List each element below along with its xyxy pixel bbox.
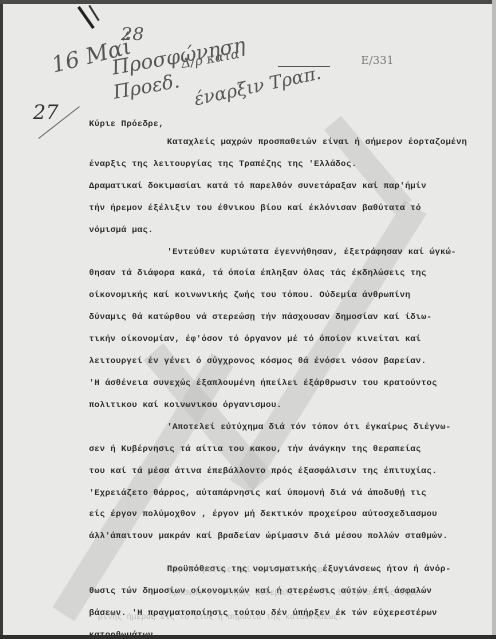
bleed-through-text: Πρόσωπα έπιστήμης συνεβάλε εἰς τήν ίστορ… xyxy=(169,589,423,598)
letter-body: Καταχλείς μαχρών προσπαθειών είναι ή σήμ… xyxy=(89,132,481,636)
text-line: πολιτικου καί κοινωνικου όργανισμου. xyxy=(89,395,481,417)
document-page: 28 16 Μαΐ Προσφώνηση Δ/ρ κατα Προεδ. ένα… xyxy=(3,4,492,636)
margin-number: 27 xyxy=(33,100,58,124)
text-line: άλλ'άπαιτουν μακράν καί βραδείαν ώρίμασι… xyxy=(89,526,481,548)
bleed-through-text: Κύριε Πρόεδρε καί Κατασχόντα κύριοι, xyxy=(169,566,342,575)
text-line: λειτουργεί έν γένει ό σύγχρονος κόσμος θ… xyxy=(89,351,481,373)
handwritten-note-line4: έναρξιν Τραπ. xyxy=(192,63,323,110)
text-line: του καί τά μέσα άτινα έπεβάλλοντο πρός έ… xyxy=(89,461,481,483)
bleed-through-text: ρινής ήμέρας εἰς το έτος ή σημασία της κ… xyxy=(98,613,343,622)
scan-edge-right xyxy=(492,0,496,639)
text-line: 'Εντεύθεν κυριώτατα έγεννήθησαν, έξετράφ… xyxy=(89,242,481,264)
salutation: Κύριε Πρόεδρε, xyxy=(89,119,164,129)
text-line: νόμισμά μας. xyxy=(89,220,481,242)
text-line: τικήν οίκονομίαν, έφ'όσον τό όργανον μέ … xyxy=(89,329,481,351)
reference-number: Ε/331 xyxy=(361,54,394,67)
text-line: είς έργον πολύμοχθον , έργον μή δεκτικόν… xyxy=(89,504,481,526)
text-line: δύναμις θά κατώρθου νά στερεώσῃ τήν πάσχ… xyxy=(89,307,481,329)
text-line: έναρξις της λειτουργίας της Τραπέζης της… xyxy=(89,154,481,176)
text-line: οίκονομικής καί κοινωνικής ζωής του τόπο… xyxy=(89,285,481,307)
scan-edge-bottom xyxy=(0,635,496,639)
text-line: θησαν τά διάφορα κακά, τά όποία έπληξαν … xyxy=(89,263,481,285)
text-line: Καταχλείς μαχρών προσπαθειών είναι ή σήμ… xyxy=(89,132,481,154)
text-line: 'Εχρειάζετο θάρρος, αύταπάρνησις καί ύπο… xyxy=(89,483,481,505)
pen-mark-icon xyxy=(88,5,99,21)
text-line: 'Αποτελεί εύτύχημα διά τόν τόπον ότι έγκ… xyxy=(89,417,481,439)
text-line: Δραματικαί δοκιμασίαι κατά τό παρελθόν σ… xyxy=(89,176,481,198)
text-line: σεν ή Κυβέρνησις τά αίτια του κακου, τήν… xyxy=(89,439,481,461)
handwritten-underline xyxy=(278,66,330,67)
text-line: 'Η άσθένεια συνεχώς έξαπλουμένη ήπείλει … xyxy=(89,373,481,395)
text-line: τήν ήρεμον έξέλιξιν του έθνικου βίου καί… xyxy=(89,198,481,220)
